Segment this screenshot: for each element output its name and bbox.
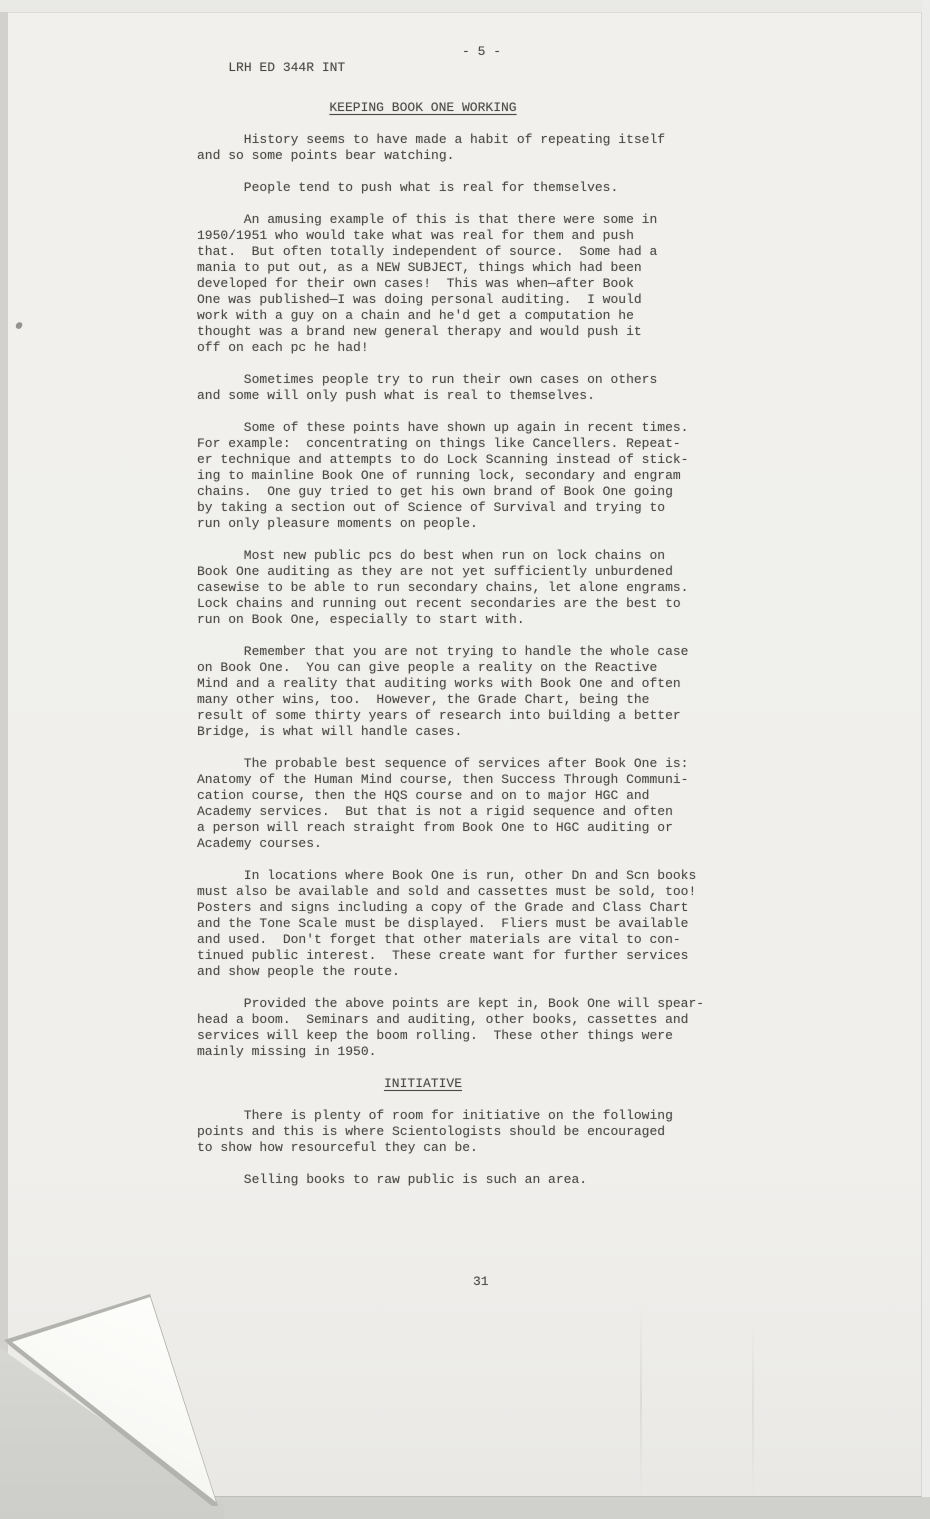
paragraph: Provided the above points are kept in, B… xyxy=(197,996,649,1060)
scan-backdrop-top xyxy=(0,0,930,12)
scan-backdrop-right xyxy=(922,0,930,1519)
document-text-column: LRH ED 344R INT - 5 - KEEPING BOOK ONE W… xyxy=(197,44,649,1188)
scanner-crease xyxy=(752,1320,754,1500)
document-body: History seems to have made a habit of re… xyxy=(197,132,649,1188)
paragraph: There is plenty of room for initiative o… xyxy=(197,1108,649,1156)
paragraph: Sometimes people try to run their own ca… xyxy=(197,372,649,404)
document-title: KEEPING BOOK ONE WORKING xyxy=(197,100,649,116)
paragraph: Most new public pcs do best when run on … xyxy=(197,548,649,628)
paragraph: History seems to have made a habit of re… xyxy=(197,132,649,164)
paragraph: Selling books to raw public is such an a… xyxy=(197,1172,649,1188)
document-header: LRH ED 344R INT - 5 - xyxy=(197,44,649,60)
paragraph: Remember that you are not trying to hand… xyxy=(197,644,649,740)
paragraph: The probable best sequence of services a… xyxy=(197,756,649,852)
scanner-crease xyxy=(640,1300,642,1500)
paragraph: An amusing example of this is that there… xyxy=(197,212,649,356)
paragraph: Some of these points have shown up again… xyxy=(197,420,649,532)
paragraph: People tend to push what is real for the… xyxy=(197,180,649,196)
section-heading: INITIATIVE xyxy=(197,1076,649,1092)
document-id: LRH ED 344R INT xyxy=(228,60,345,75)
header-page-marker: - 5 - xyxy=(462,44,501,60)
paragraph: In locations where Book One is run, othe… xyxy=(197,868,649,980)
page-number: 31 xyxy=(473,1274,489,1290)
